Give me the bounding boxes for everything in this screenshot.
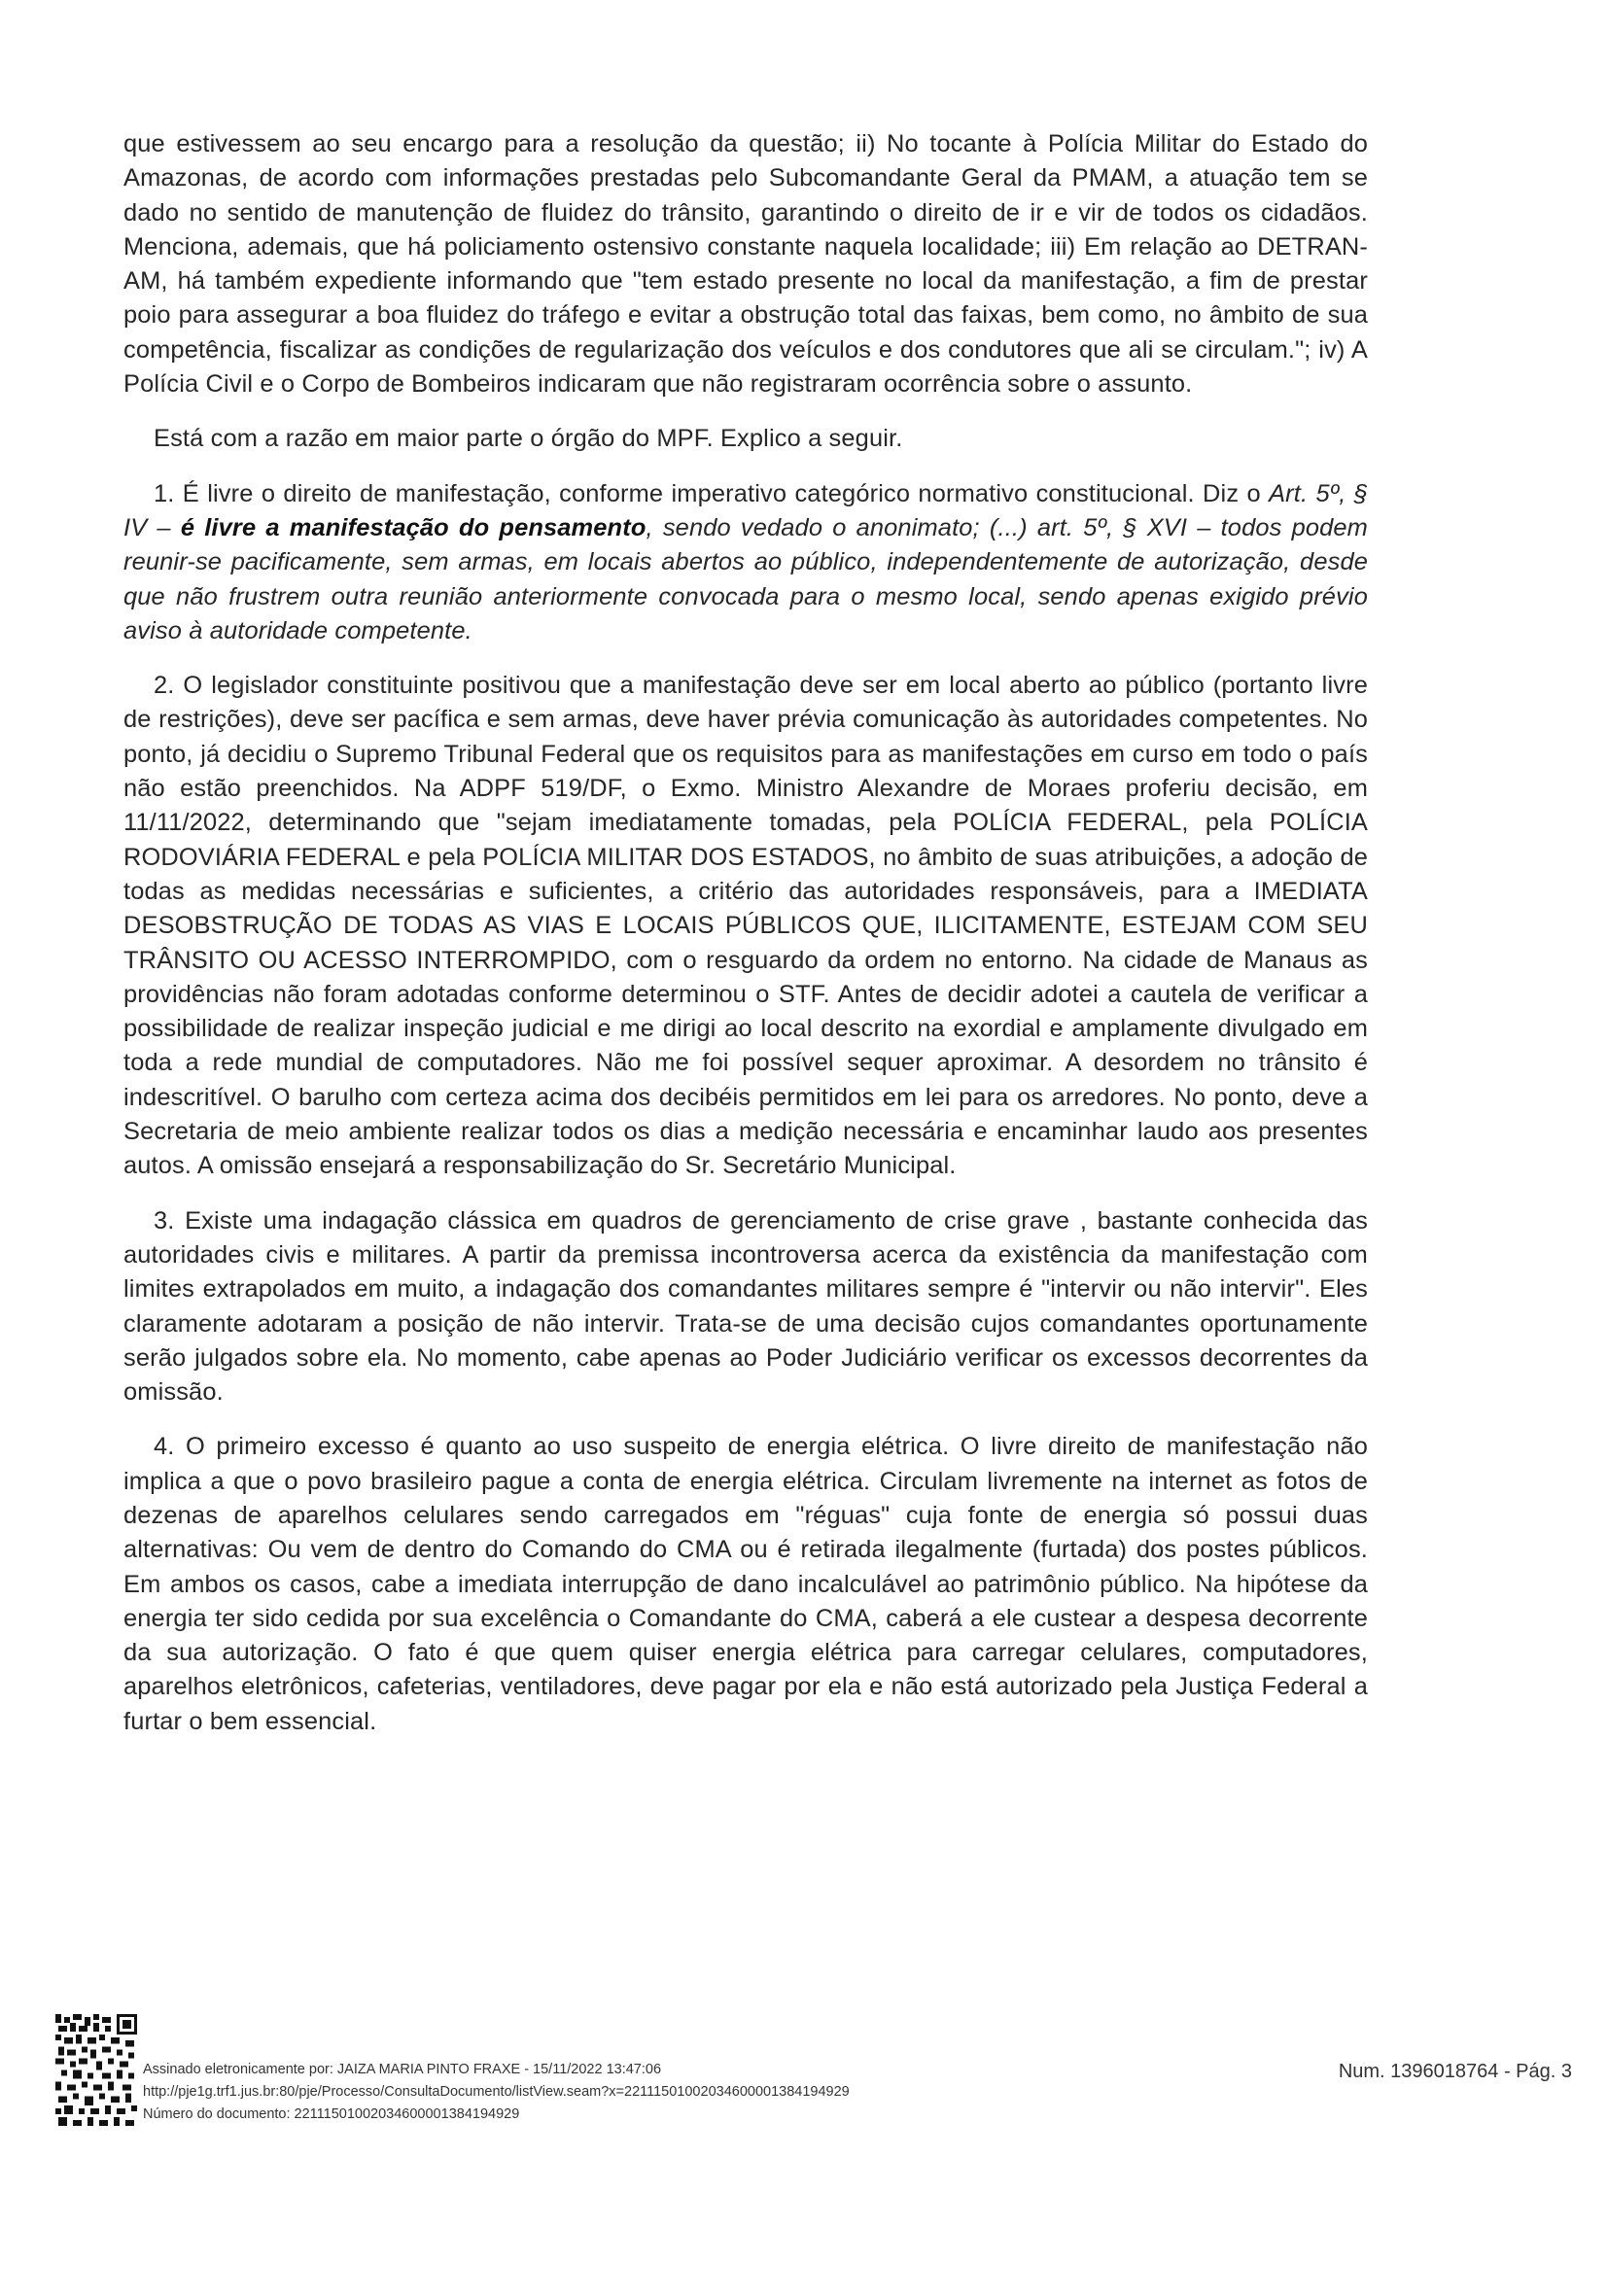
document-body: que estivessem ao seu encargo para a res… [123,127,1368,1759]
signature-footer: Assinado eletronicamente por: JAIZA MARI… [55,2014,1572,2131]
paragraph-2: 2. O legislador constituinte positivou q… [123,669,1368,1183]
document-page: que estivessem ao seu encargo para a res… [0,0,1608,2296]
qr-code-icon [55,2014,137,2129]
paragraph-1-emphasis: é livre a manifestação do pensamento [181,514,647,541]
paragraph-1-lead: 1. É livre o direito de manifestação, co… [154,480,1269,507]
paragraph-4: 4. O primeiro excesso é quanto ao uso su… [123,1430,1368,1739]
paragraph-1: 1. É livre o direito de manifestação, co… [123,477,1368,648]
paragraph-intro: Está com a razão em maior parte o órgão … [123,422,1368,456]
paragraph-3: 3. Existe uma indagação clássica em quad… [123,1204,1368,1410]
page-number: Num. 1396018764 - Pág. 3 [1339,2061,1572,2083]
paragraph-continuation: que estivessem ao seu encargo para a res… [123,127,1368,401]
document-url-link[interactable]: http://pje1g.trf1.jus.br:80/pje/Processo… [143,2081,850,2104]
signature-block: Assinado eletronicamente por: JAIZA MARI… [143,2059,850,2126]
document-number-text: Número do documento: 2211150100203460000… [143,2104,850,2126]
signed-by-text: Assinado eletronicamente por: JAIZA MARI… [143,2059,850,2081]
